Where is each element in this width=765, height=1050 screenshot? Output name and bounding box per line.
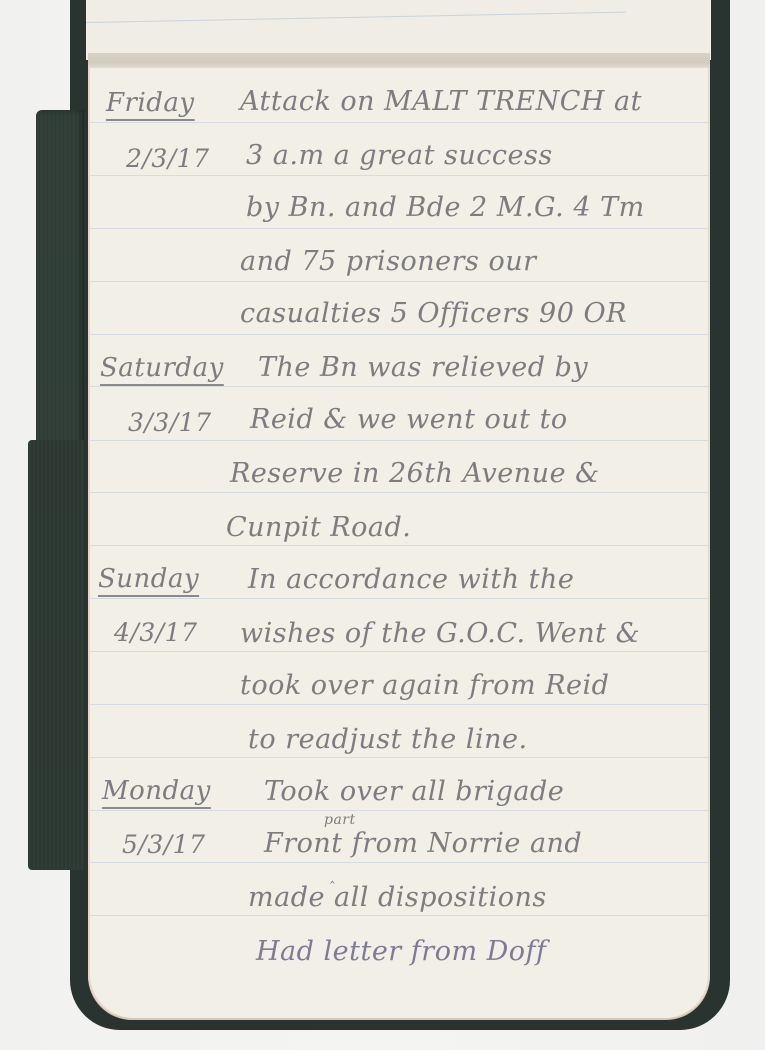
entry-day: Sunday [98, 564, 199, 594]
ruled-line [88, 228, 710, 229]
entry-line: Took over all brigade [264, 776, 564, 807]
diary-page: Friday 2/3/17 Attack on MALT TRENCH at 3… [88, 68, 710, 1018]
ruled-line [88, 492, 710, 493]
entry-date: 5/3/17 [122, 830, 205, 859]
ruled-line [88, 915, 710, 916]
ruled-line [88, 386, 710, 387]
stub-ruled-line [86, 12, 626, 23]
ruled-line [88, 598, 710, 599]
entry-line: 3 a.m a great success [246, 140, 553, 171]
ruled-line [88, 122, 710, 123]
entry-line: Reserve in 26th Avenue & [230, 458, 600, 489]
previous-page-stub [86, 0, 711, 60]
ruled-line [88, 810, 710, 811]
entry-day: Monday [102, 776, 211, 806]
ruled-line [88, 281, 710, 282]
page-fold-edge [88, 53, 710, 69]
entry-line: wishes of the G.O.C. Went & [240, 618, 640, 649]
entry-line: Cunpit Road. [226, 512, 411, 543]
entry-line: casualties 5 Officers 90 OR [240, 298, 627, 329]
entry-line: and 75 prisoners our [240, 246, 537, 277]
ruled-line [88, 545, 710, 546]
entry-line: Had letter from Doff [256, 936, 547, 967]
spine-fold [28, 440, 84, 870]
entry-date: 4/3/17 [114, 618, 197, 647]
entry-line: The Bn was relieved by [258, 352, 588, 383]
ruled-line [88, 704, 710, 705]
ruled-line [88, 757, 710, 758]
entry-line: took over again from Reid [240, 670, 609, 701]
diary-scene: Friday 2/3/17 Attack on MALT TRENCH at 3… [0, 0, 765, 1050]
entry-day: Saturday [100, 353, 224, 383]
ruled-line [88, 175, 710, 176]
entry-line: to readjust the line. [248, 724, 528, 755]
entry-date: 2/3/17 [126, 144, 209, 173]
entry-date: 3/3/17 [128, 408, 211, 437]
ruled-line [88, 334, 710, 335]
entry-line: made all dispositions [248, 882, 547, 913]
entry-day: Friday [106, 88, 195, 118]
ruled-line [88, 862, 710, 863]
entry-line: Front from Norrie and [264, 828, 582, 859]
ruled-line [88, 651, 710, 652]
ruled-line [88, 440, 710, 441]
entry-line: In accordance with the [248, 564, 574, 595]
inserted-word: part [324, 812, 356, 828]
entry-line: by Bn. and Bde 2 M.G. 4 Tm [246, 192, 645, 223]
entry-line: Reid & we went out to [250, 404, 568, 435]
entry-line: Attack on MALT TRENCH at [240, 86, 642, 117]
